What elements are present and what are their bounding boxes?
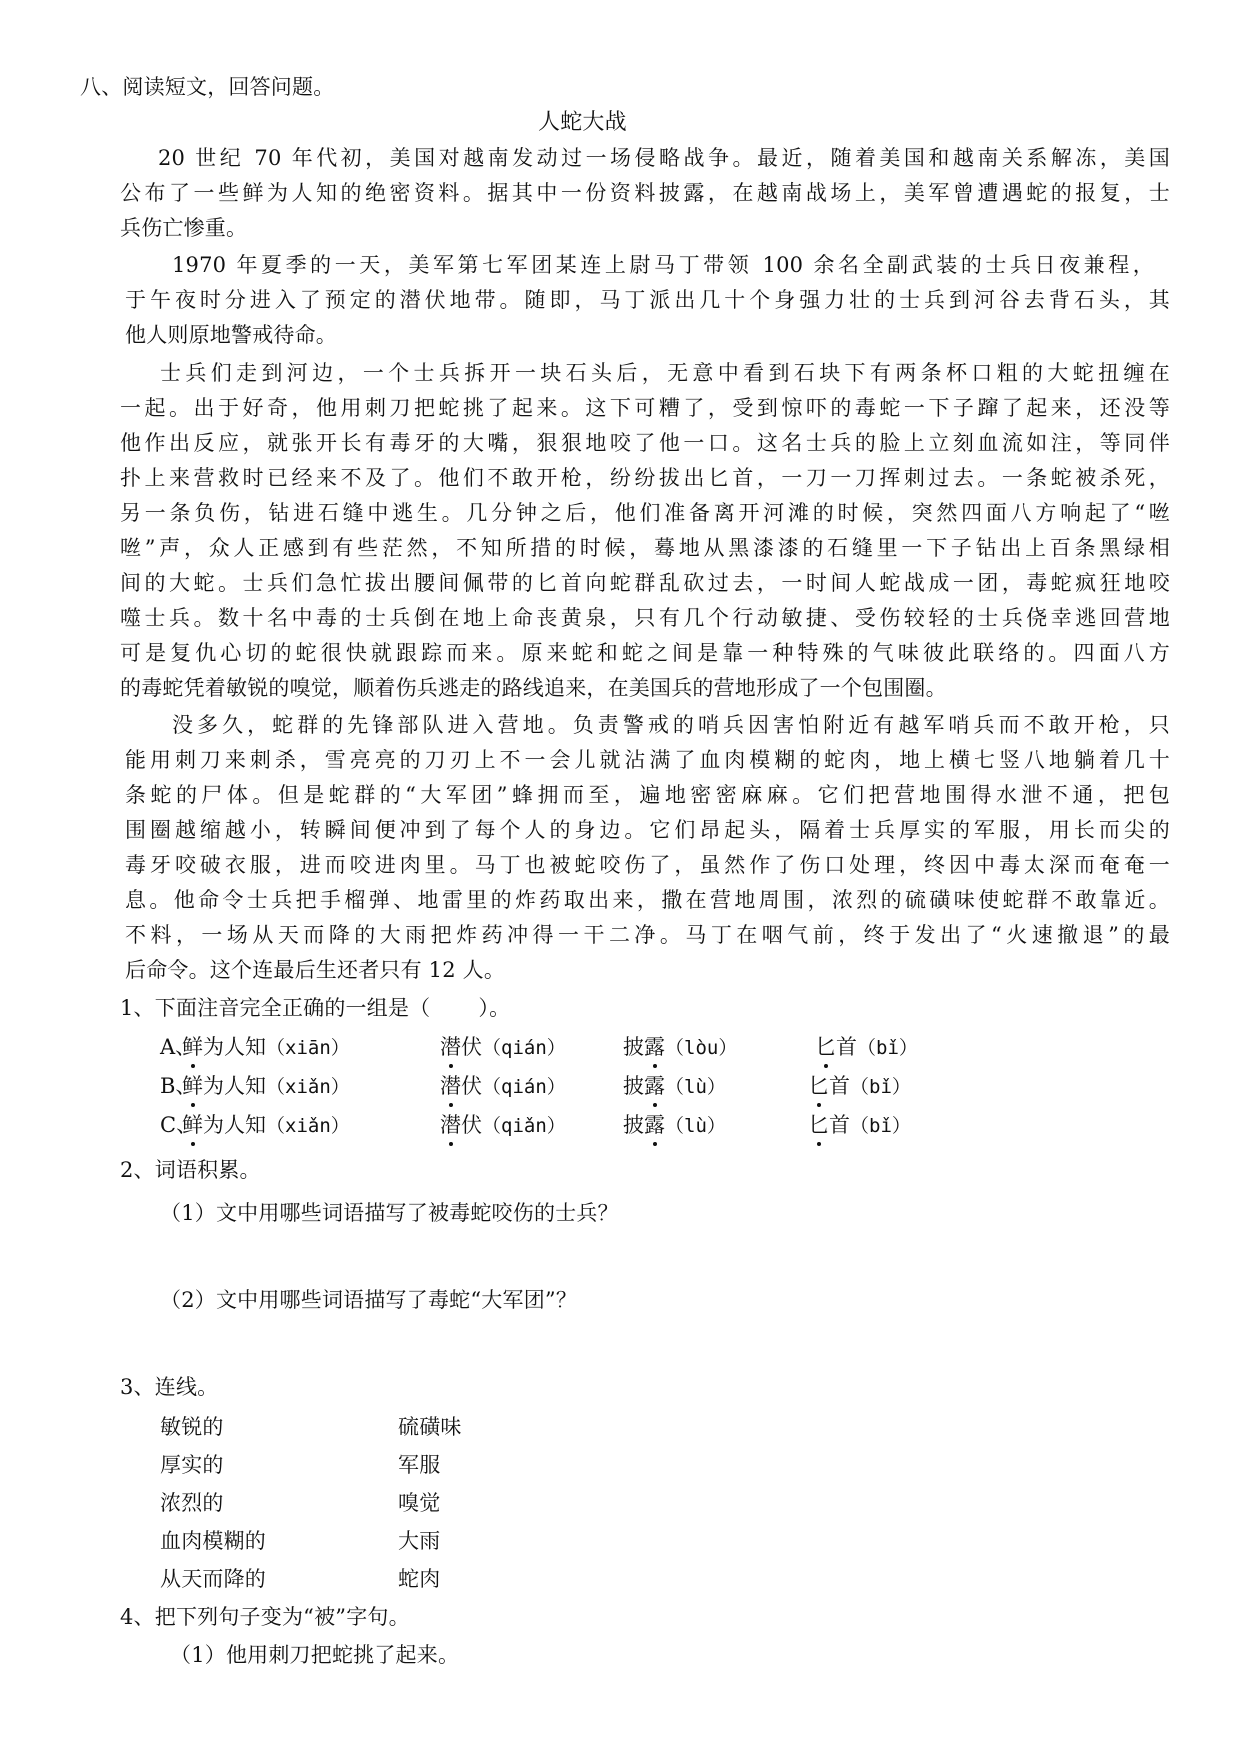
option-a-item-4: 匕首（bǐ） [815, 1032, 918, 1063]
option-c-item-1: 鲜为人知（xiǎn） [182, 1110, 350, 1141]
passage-line: 1970 年夏季的一天，美军第七军团某连上尉马丁带领 100 余名全副武装的士兵… [172, 250, 1154, 280]
option-b-item-1: 鲜为人知（xiǎn） [182, 1071, 350, 1102]
match-left-item[interactable]: 厚实的 [160, 1450, 224, 1480]
passage-line: 息。他命令士兵把手榴弹、地雷里的炸药取出来，撒在营地周围，浓烈的硫磺味使蛇群不敢… [125, 885, 1170, 915]
match-right-item[interactable]: 蛇肉 [398, 1564, 440, 1594]
passage-line: 不料，一场从天而降的大雨把炸药冲得一干二净。马丁在咽气前，终于发出了“火速撤退”… [125, 920, 1170, 950]
option-b-item-4: 匕首（bǐ） [808, 1071, 911, 1102]
question-2-prompt: 2、词语积累。 [120, 1155, 261, 1185]
question-3-prompt: 3、连线。 [120, 1372, 218, 1402]
option-c-item-4: 匕首（bǐ） [808, 1110, 911, 1141]
passage-line: 间的大蛇。士兵们急忙拔出腰间佩带的匕首向蛇群乱砍过去，一时间人蛇战成一团，毒蛇疯… [120, 568, 1170, 598]
section-heading: 八、阅读短文，回答问题。 [80, 72, 334, 102]
question-2-sub-1: （1）文中用哪些词语描写了被毒蛇咬伤的士兵？ [160, 1198, 619, 1228]
match-left-item[interactable]: 敏锐的 [160, 1412, 224, 1442]
match-left-item[interactable]: 从天而降的 [160, 1564, 266, 1594]
passage-line: 能用刺刀来刺杀，雪亮亮的刀刃上不一会儿就沾满了血肉模糊的蛇肉，地上横七竖八地躺着… [125, 745, 1170, 775]
worksheet-page: 八、阅读短文，回答问题。 人蛇大战 20 世纪 70 年代初，美国对越南发动过一… [0, 0, 1241, 1754]
passage-line: 毒牙咬破衣服，进而咬进肉里。马丁也被蛇咬伤了，虽然作了伤口处理，终因中毒太深而奄… [125, 850, 1170, 880]
passage-line: 兵伤亡惨重。 [120, 213, 247, 243]
passage-line: 公布了一些鲜为人知的绝密资料。据其中一份资料披露，在越南战场上，美军曾遭遇蛇的报… [120, 178, 1170, 208]
passage-line: 的毒蛇凭着敏锐的嗅觉，顺着伤兵逃走的路线追来，在美国兵的营地形成了一个包围圈。 [120, 673, 947, 703]
passage-line: 于午夜时分进入了预定的潜伏地带。随即，马丁派出几十个身强力壮的士兵到河谷去背石头… [125, 285, 1170, 315]
passage-line: 他作出反应，就张开长有毒牙的大嘴，狠狠地咬了他一口。这名士兵的脸上立刻血流如注，… [120, 428, 1170, 458]
passage-line: 另一条负伤，钻进石缝中逃生。几分钟之后，他们准备离开河滩的时候，突然四面八方响起… [120, 498, 1170, 528]
option-b-item-2: 潜伏（qián） [440, 1071, 566, 1102]
question-1-prompt: 1、下面注音完全正确的一组是（）。 [120, 993, 510, 1023]
option-a-item-2: 潜伏（qián） [440, 1032, 566, 1063]
passage-line: 一起。出于好奇，他用刺刀把蛇挑了起来。这下可糟了，受到惊吓的毒蛇一下子蹿了起来，… [120, 393, 1170, 423]
match-right-item[interactable]: 军服 [398, 1450, 440, 1480]
passage-line: 士兵们走到河边，一个士兵拆开一块石头后，无意中看到石块下有两条杯口粗的大蛇扭缠在 [160, 358, 1170, 388]
passage-title: 人蛇大战 [538, 108, 627, 138]
passage-line: 条蛇的尸体。但是蛇群的“大军团”蜂拥而至，遍地密密麻麻。它们把营地围得水泄不通，… [125, 780, 1170, 810]
option-c-item-2: 潜伏（qiǎn） [440, 1110, 566, 1141]
passage-line: 20 世纪 70 年代初，美国对越南发动过一场侵略战争。最近，随着美国和越南关系… [158, 143, 1170, 173]
option-a-item-1: 鲜为人知（xiān） [182, 1032, 350, 1063]
passage-line: 没多久，蛇群的先锋部队进入营地。负责警戒的哨兵因害怕附近有越军哨兵而不敢开枪，只 [172, 710, 1170, 740]
question-2-sub-2: （2）文中用哪些词语描写了毒蛇“大军团”？ [160, 1285, 577, 1315]
match-right-item[interactable]: 硫磺味 [398, 1412, 462, 1442]
question-4-sub-1: （1）他用刺刀把蛇挑了起来。 [170, 1640, 459, 1670]
option-c-item-3: 披露（lù） [623, 1110, 726, 1141]
option-a-item-3: 披露（lòu） [623, 1032, 737, 1063]
match-left-item[interactable]: 浓烈的 [160, 1488, 224, 1518]
passage-line: 围圈越缩越小，转瞬间便冲到了每个人的身边。它们昂起头，隔着士兵厚实的军服，用长而… [125, 815, 1170, 845]
match-left-item[interactable]: 血肉模糊的 [160, 1526, 266, 1556]
match-right-item[interactable]: 大雨 [398, 1526, 440, 1556]
passage-line: 后命令。这个连最后生还者只有 12 人。 [125, 955, 505, 985]
question-4-prompt: 4、把下列句子变为“被”字句。 [120, 1602, 410, 1632]
passage-line: 噬士兵。数十名中毒的士兵倒在地上命丧黄泉，只有几个行动敏捷、受伤较轻的士兵侥幸逃… [120, 603, 1170, 633]
passage-line: 可是复仇心切的蛇很快就跟踪而来。原来蛇和蛇之间是靠一种特殊的气味彼此联络的。四面… [120, 638, 1170, 668]
match-right-item[interactable]: 嗅觉 [398, 1488, 440, 1518]
option-b-item-3: 披露（lù） [623, 1071, 726, 1102]
passage-line: 他人则原地警戒待命。 [125, 320, 337, 350]
passage-line: 咝”声，众人正感到有些茫然，不知所措的时候，蓦地从黑漆漆的石缝里一下子钻出上百条… [120, 533, 1170, 563]
passage-line: 扑上来营救时已经来不及了。他们不敢开枪，纷纷拔出匕首，一刀一刀挥刺过去。一条蛇被… [120, 463, 1170, 493]
